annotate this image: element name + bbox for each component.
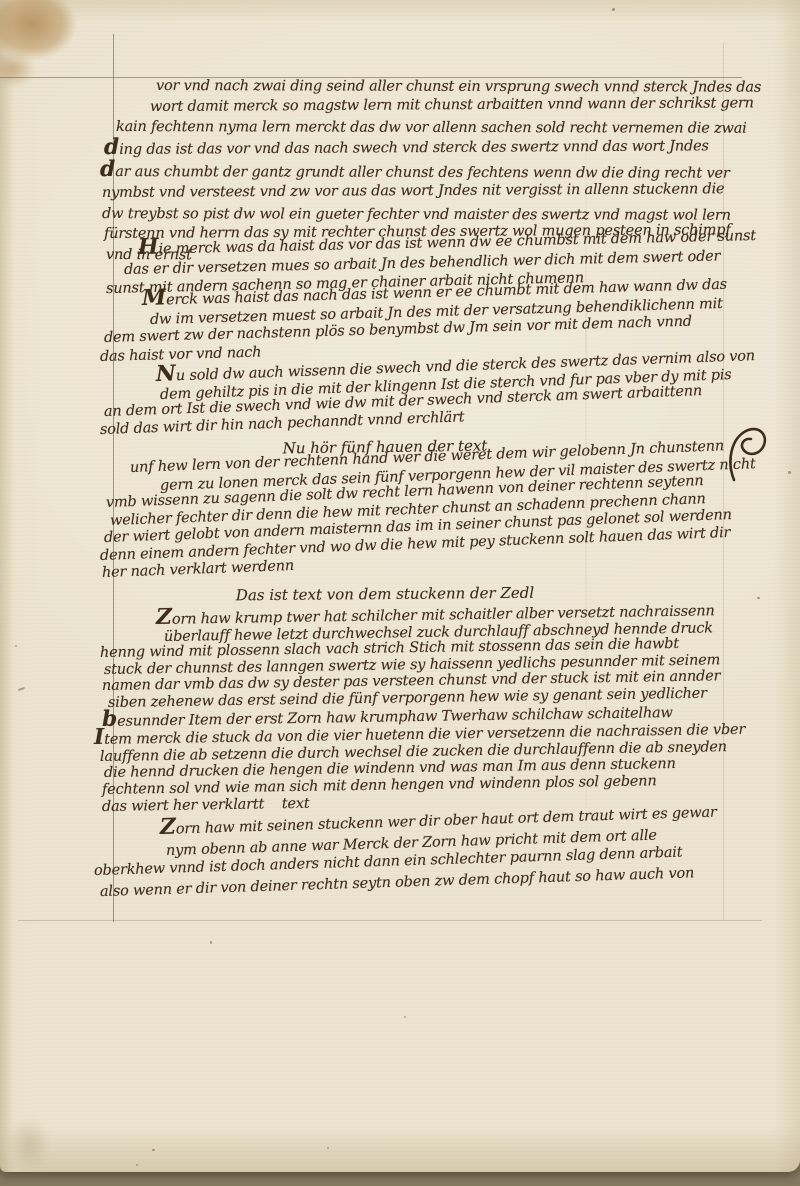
ink-speck [612, 8, 615, 11]
parchment-smudge [0, 1108, 58, 1180]
manuscript-line: nymbst vnd versteest vnd zw vor aus das … [102, 179, 770, 204]
ink-speck [404, 1016, 406, 1018]
ink-speck [788, 471, 791, 474]
paragraph: unf hew lern von der rechtenn hand wer d… [100, 460, 770, 583]
ink-speck [152, 1149, 155, 1151]
ink-speck [15, 645, 17, 647]
manuscript-line: ding das ist das vor vnd das nach swech … [104, 134, 770, 161]
paragraph: Zorn haw krump twer hat schilcher mit sc… [100, 610, 770, 815]
ink-speck [210, 941, 212, 944]
ink-speck [136, 1164, 138, 1166]
paragraph: Nu sold dw auch wissenn die swech vnd di… [100, 366, 770, 439]
ink-speck [327, 1147, 329, 1149]
ink-speck [18, 687, 25, 691]
ruling-line-bottom [18, 920, 762, 921]
paragraph: Zorn haw mit seinen stuckenn wer dir obe… [100, 818, 770, 902]
manuscript-line: wort damit merck so magstw lern mit chun… [150, 93, 770, 117]
manuscript-page: vor vnd nach zwai ding seind aller chuns… [0, 0, 800, 1172]
